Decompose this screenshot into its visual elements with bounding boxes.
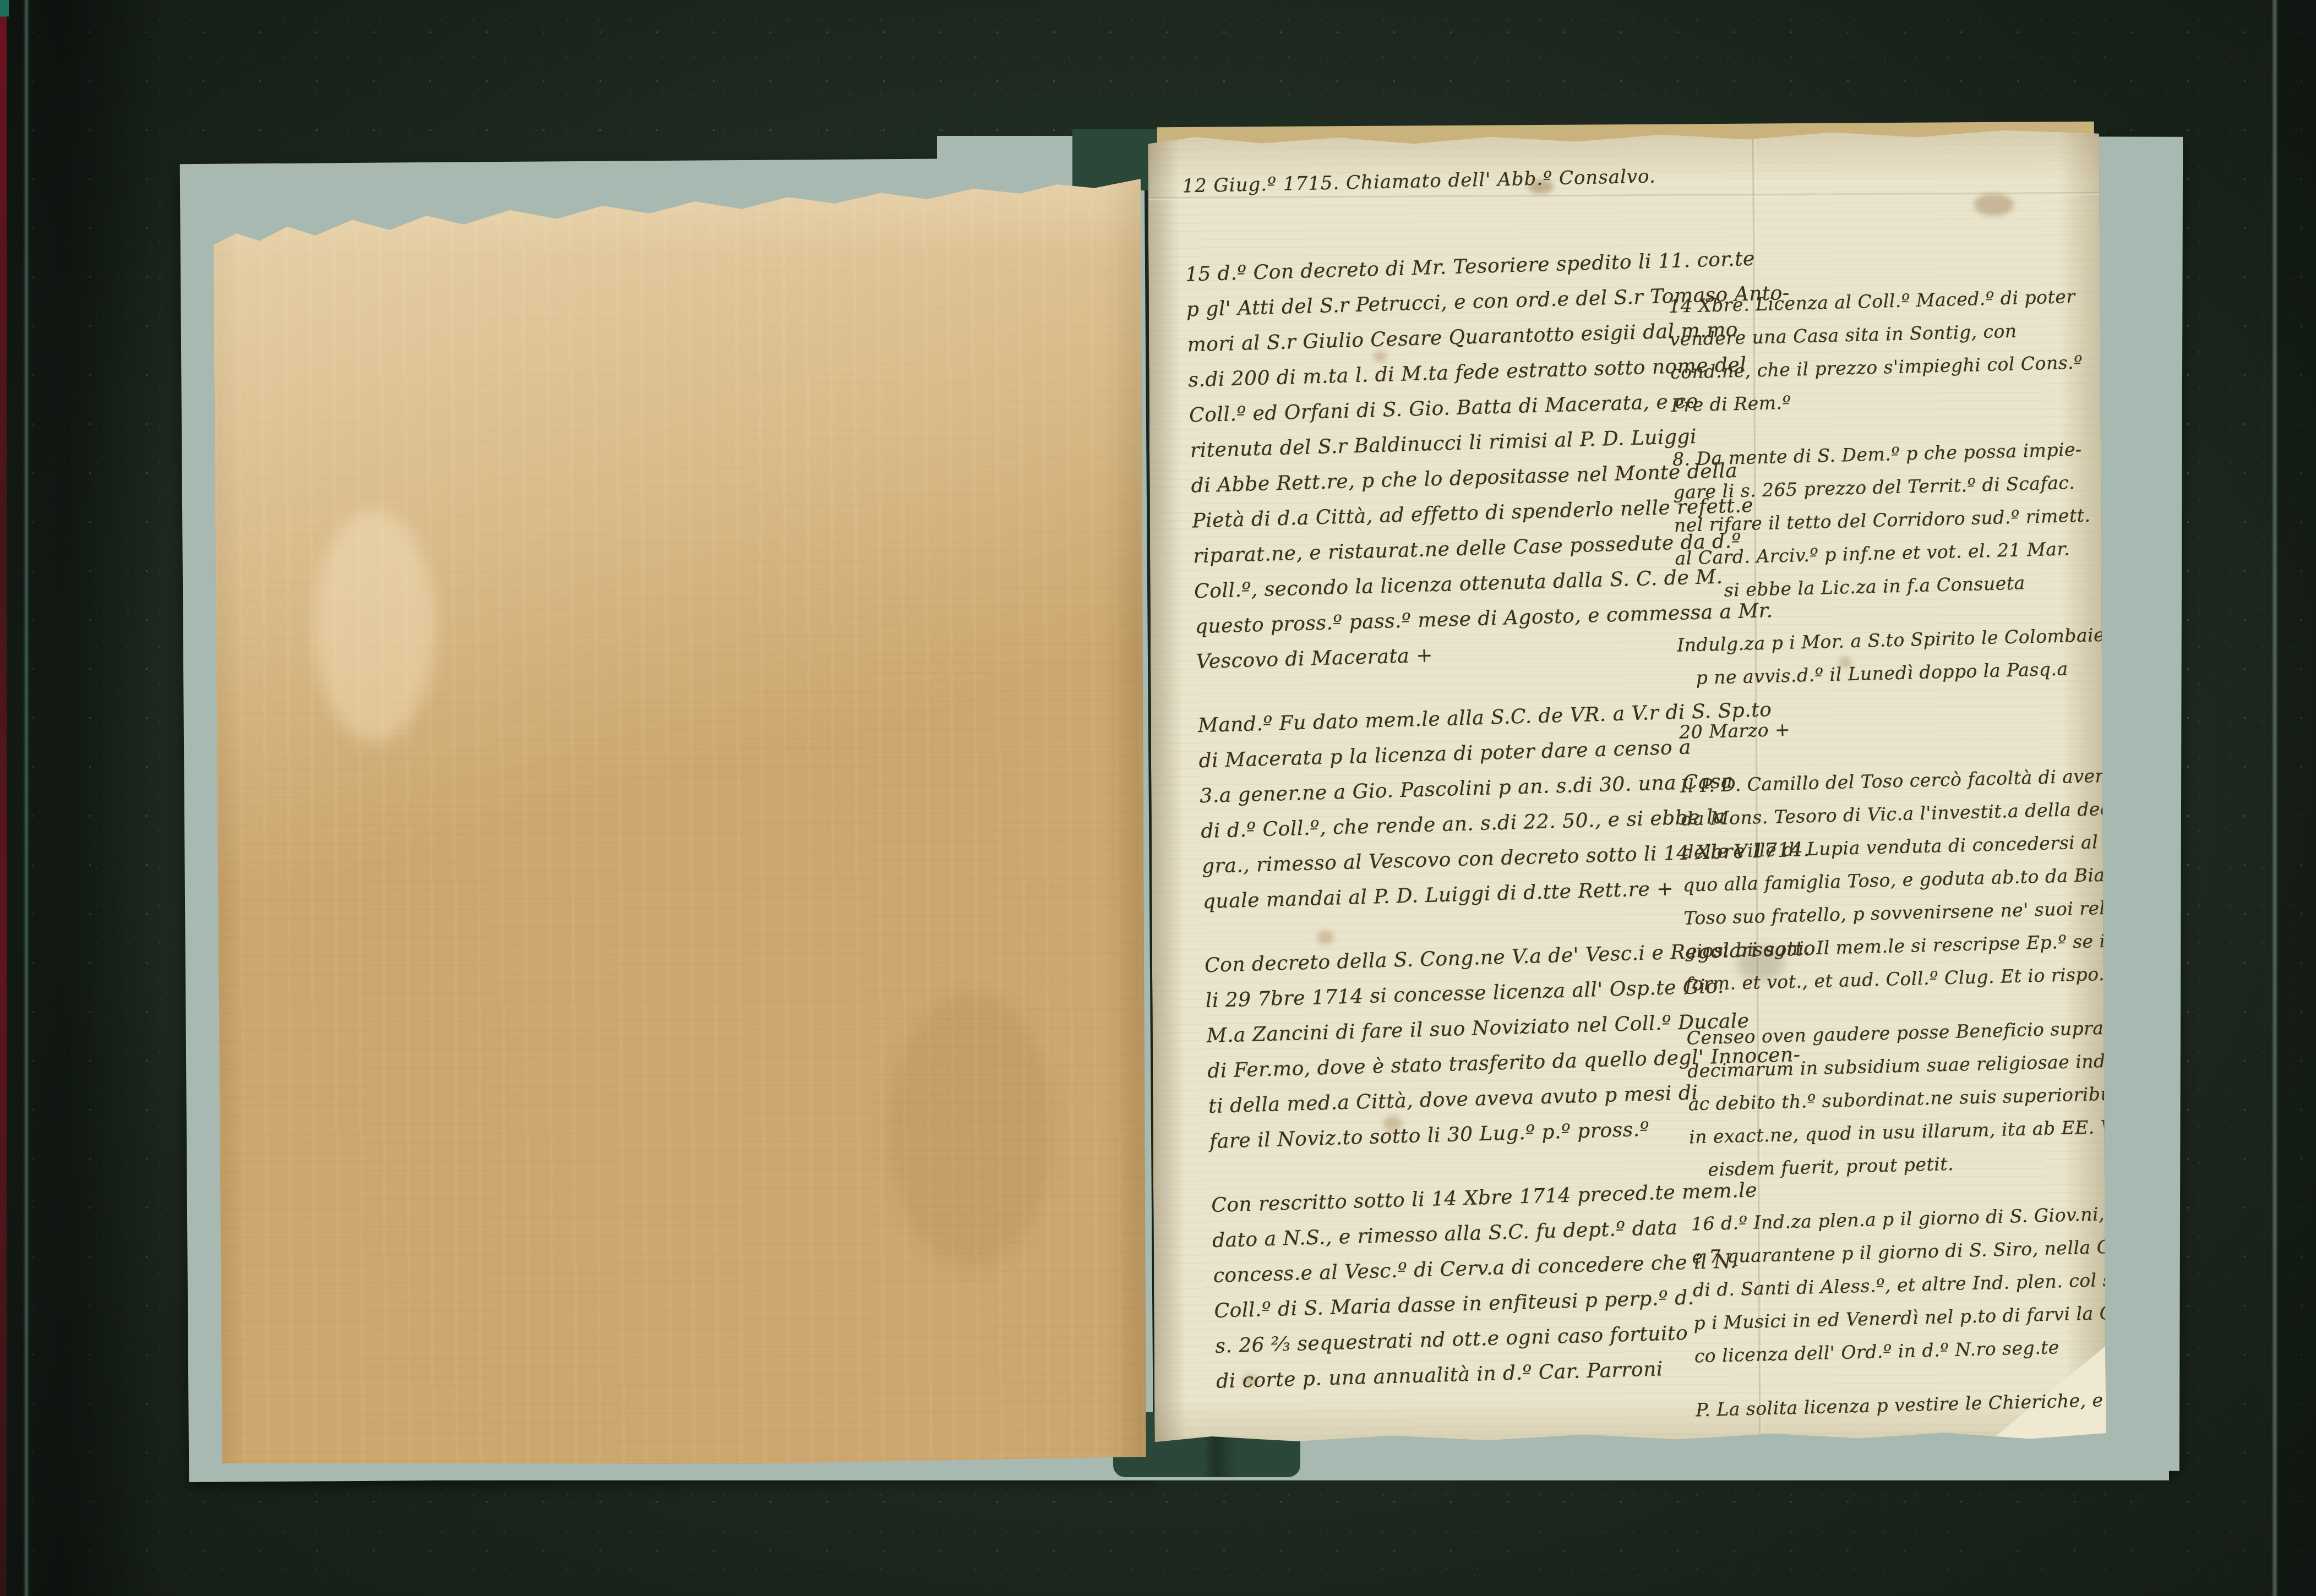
- paper-stain: [888, 992, 1054, 1267]
- scan-corner-mark: [0, 0, 9, 17]
- manuscript-page: 12 Giug.º 1715. Chiamato dell' Abb.º Con…: [1148, 127, 2106, 1445]
- header-date-note: 12 Giug.º 1715. Chiamato dell' Abb.º Con…: [1182, 165, 1656, 197]
- manuscript-paragraph: Indulg.za p i Mor. a S.to Spirito le Col…: [1677, 619, 2115, 695]
- manuscript-paragraph: 15 d.º Con decreto di Mr. Tesoriere sped…: [1185, 243, 1703, 680]
- manuscript-paragraph: Mand.º Fu dato mem.le alla S.C. de VR. a…: [1197, 695, 1709, 920]
- text-column-right: 14 Xbre. Licenza al Coll.º Maced.º di po…: [1669, 280, 2133, 1448]
- manuscript-paragraph: Con rescritto sotto li 14 Xbre 1714 prec…: [1211, 1174, 1723, 1400]
- handwritten-line: 20 Marzo +: [1679, 705, 2115, 748]
- manuscript-paragraph: 16 d.º Ind.za plen.a p il giorno di S. G…: [1691, 1197, 2130, 1373]
- glass-edge-highlight-left: [23, 0, 31, 1596]
- left-blank-page: [213, 166, 1146, 1466]
- manuscript-paragraph: 20 Marzo +: [1679, 705, 2115, 748]
- glass-edge-highlight-right: [2271, 0, 2278, 1596]
- paper-stain: [314, 510, 436, 742]
- manuscript-paragraph: 14 Xbre. Licenza al Coll.º Maced.º di po…: [1669, 280, 2108, 422]
- cover-lining-top-tab-left: [937, 136, 1081, 187]
- felt-right-shadow: [2278, 0, 2316, 1596]
- foxing-spot: [1974, 194, 2014, 216]
- manuscript-paragraph: 8. Da mente di S. Dem.º p che possa impi…: [1672, 433, 2112, 608]
- manuscript-paragraph: P. La solita licenza p vestire le Chieri…: [1696, 1383, 2132, 1426]
- text-column-left: 15 d.º Con decreto di Mr. Tesoriere sped…: [1185, 243, 1724, 1428]
- manuscript-photograph: 12 Giug.º 1715. Chiamato dell' Abb.º Con…: [0, 0, 2316, 1596]
- manuscript-paragraph: Con decreto della S. Cong.ne V.a de' Ves…: [1204, 934, 1716, 1160]
- manuscript-paragraph: Censeo oven gaudere posse Beneficio supr…: [1686, 1011, 2126, 1187]
- manuscript-paragraph: Il P. D. Camillo del Toso cercò facoltà …: [1680, 759, 2122, 1001]
- scan-edge-red-strip: [0, 0, 7, 1596]
- handwritten-line: P. La solita licenza p vestire le Chieri…: [1696, 1383, 2132, 1426]
